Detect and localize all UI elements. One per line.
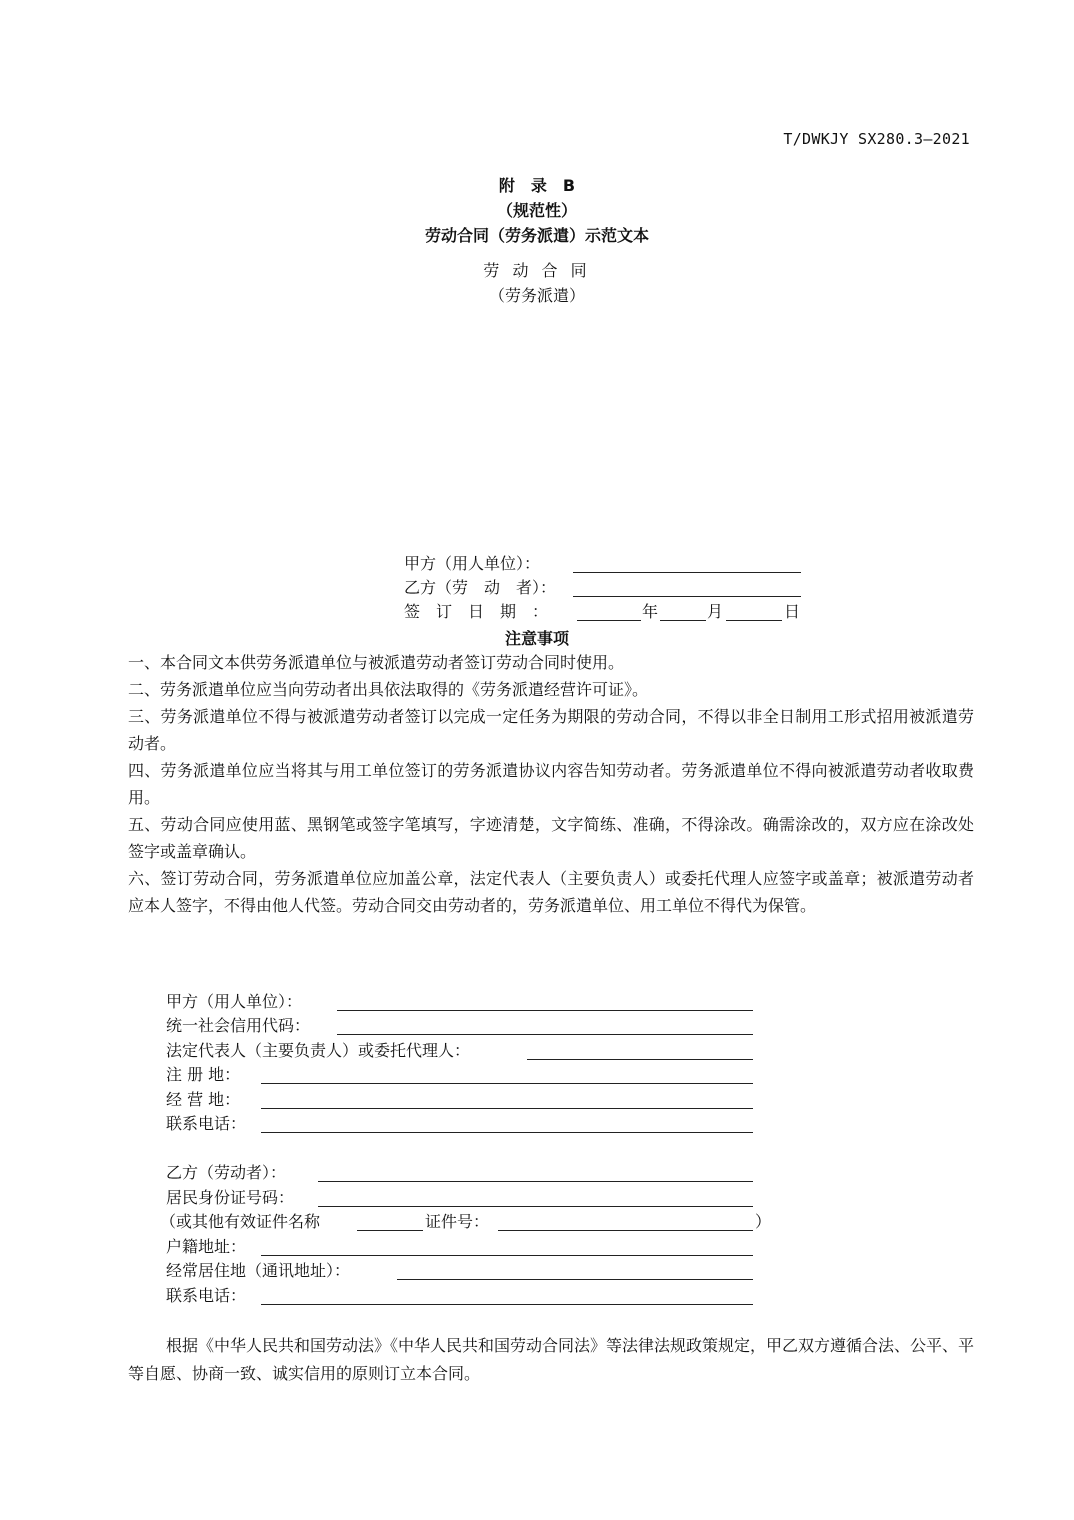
day-label: 日 (784, 600, 800, 624)
notice-item: 六、签订劳动合同，劳务派遣单位应加盖公章，法定代表人（主要负责人）或委托代理人应… (128, 865, 974, 919)
cover-party-a-input[interactable] (573, 556, 801, 573)
normative-label: （规范性） (0, 198, 1074, 221)
cover-party-a-row: 甲方（用人单位）： (404, 552, 540, 576)
cover-party-b-input[interactable] (573, 580, 801, 597)
id-number-input[interactable] (318, 1190, 753, 1207)
credit-code-label: 统一社会信用代码： (166, 1014, 310, 1038)
legal-rep-label: 法定代表人（主要负责人）或委托代理人： (166, 1039, 470, 1063)
party-b-phone-input[interactable] (261, 1288, 753, 1305)
notice-heading: 注意事项 (0, 626, 1074, 649)
party-a-phone-input[interactable] (261, 1116, 753, 1133)
cover-party-b-row: 乙方（劳 动 者）： (404, 576, 556, 600)
business-address-label: 经 营 地： (166, 1088, 240, 1112)
cover-party-a-label: 甲方（用人单位）： (404, 554, 540, 573)
cover-party-b-label: 乙方（劳 动 者）： (404, 578, 556, 597)
sign-day-input[interactable] (726, 604, 782, 621)
year-label: 年 (642, 600, 658, 624)
other-id-label: （或其他有效证件名称 (160, 1210, 320, 1234)
credit-code-input[interactable] (337, 1018, 753, 1035)
notice-item: 四、劳务派遣单位应当将其与用工单位签订的劳务派遣协议内容告知劳动者。劳务派遣单位… (128, 757, 974, 811)
contract-title: 劳 动 合 同 (0, 258, 1074, 281)
sign-year-input[interactable] (577, 604, 641, 621)
other-id-number-input[interactable] (498, 1214, 753, 1231)
household-address-input[interactable] (261, 1239, 753, 1256)
intro-paragraph: 根据《中华人民共和国劳动法》《中华人民共和国劳动合同法》等法律法规政策规定，甲乙… (128, 1332, 974, 1388)
notice-item: 三、劳务派遣单位不得与被派遣劳动者签订以完成一定任务为期限的劳动合同，不得以非全… (128, 703, 974, 757)
other-id-close: ） (755, 1210, 771, 1234)
party-b-name-input[interactable] (318, 1165, 753, 1182)
registered-address-label: 注 册 地： (166, 1063, 240, 1087)
notice-list: 一、本合同文本供劳务派遣单位与被派遣劳动者签订劳动合同时使用。 二、劳务派遣单位… (128, 649, 974, 919)
sign-month-input[interactable] (660, 604, 706, 621)
month-label: 月 (707, 600, 723, 624)
household-address-label: 户籍地址： (166, 1235, 246, 1259)
cover-sign-date-label: 签 订 日 期 ： (404, 600, 548, 624)
id-number-label: 居民身份证号码： (166, 1186, 294, 1210)
business-address-input[interactable] (261, 1092, 753, 1109)
other-id-number-label: 证件号： (425, 1210, 489, 1234)
registered-address-input[interactable] (261, 1067, 753, 1084)
residence-address-label: 经常居住地（通讯地址）： (166, 1259, 350, 1283)
party-a-name-input[interactable] (337, 994, 753, 1011)
notice-item: 五、劳动合同应使用蓝、黑钢笔或签字笔填写，字迹清楚，文字简练、准确，不得涂改。确… (128, 811, 974, 865)
residence-address-input[interactable] (397, 1263, 753, 1280)
appendix-title: 劳动合同（劳务派遣）示范文本 (0, 223, 1074, 246)
notice-item: 一、本合同文本供劳务派遣单位与被派遣劳动者签订劳动合同时使用。 (128, 649, 974, 676)
document-number: T/DWKJY SX280.3—2021 (783, 130, 970, 148)
appendix-label: 附 录 B (0, 173, 1074, 196)
party-b-name-label: 乙方（劳动者）： (166, 1161, 286, 1185)
contract-subtitle: （劳务派遣） (0, 283, 1074, 306)
notice-item: 二、劳务派遣单位应当向劳动者出具依法取得的《劳务派遣经营许可证》。 (128, 676, 974, 703)
party-b-phone-label: 联系电话： (166, 1284, 246, 1308)
other-id-type-input[interactable] (357, 1214, 423, 1231)
legal-rep-input[interactable] (527, 1043, 753, 1060)
party-a-phone-label: 联系电话： (166, 1112, 246, 1136)
party-a-name-label: 甲方（用人单位）： (166, 990, 302, 1014)
